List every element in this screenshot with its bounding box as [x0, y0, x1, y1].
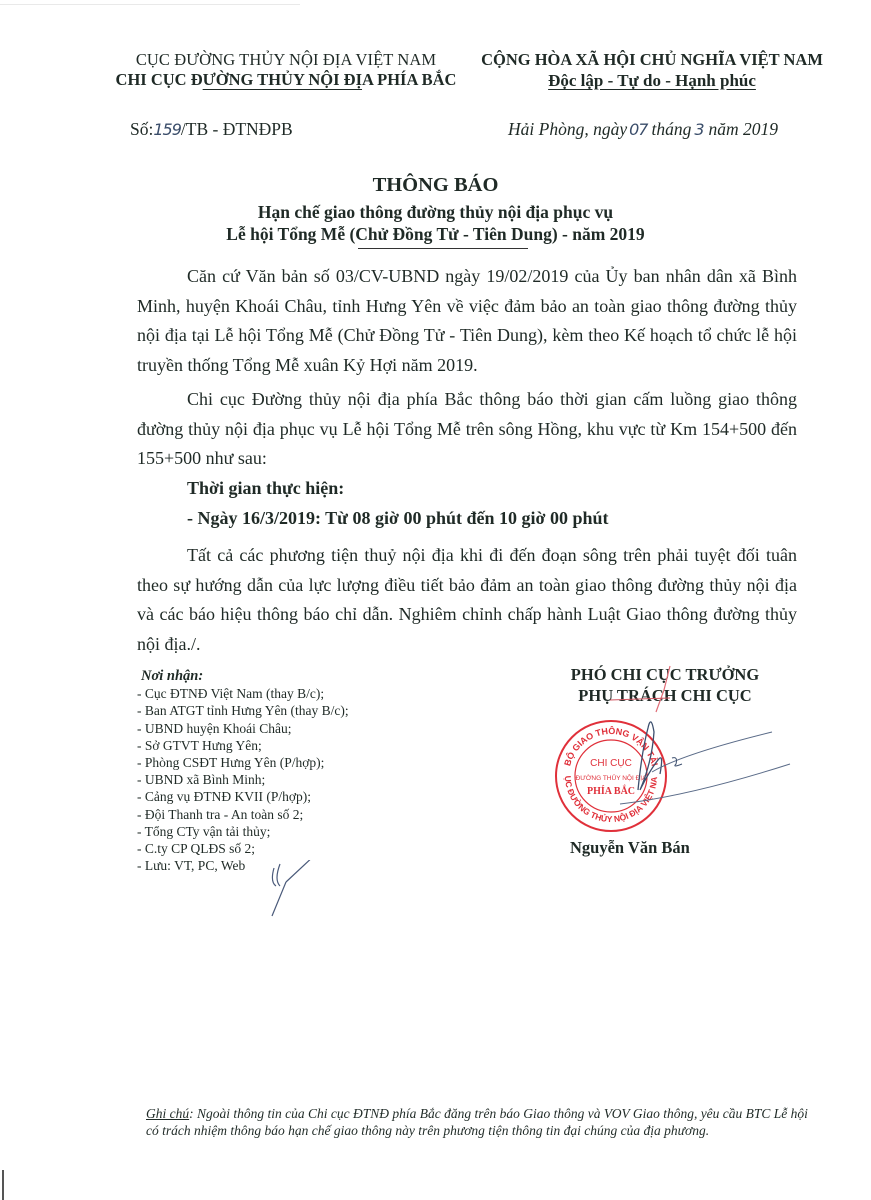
paragraph-legal-basis-text: Căn cứ Văn bản số 03/CV-UBND ngày 19/02/…	[137, 266, 797, 375]
country-name: CỘNG HÒA XÃ HỘI CHỦ NGHĨA VIỆT NAM	[462, 50, 842, 70]
red-ink-mark-icon	[600, 662, 700, 722]
paragraph-legal-basis: Căn cứ Văn bản số 03/CV-UBND ngày 19/02/…	[137, 262, 797, 380]
doc-number-suffix: /TB - ĐTNĐPB	[181, 119, 293, 139]
document-subtitle-line2: Lễ hội Tổng Mễ (Chử Đồng Tử - Tiên Dung)…	[0, 223, 871, 245]
initials-scribble-icon	[262, 860, 332, 920]
footnote-label: Ghi chú	[146, 1106, 189, 1121]
paragraph-announcement-text: Chi cục Đường thủy nội địa phía Bắc thôn…	[137, 389, 797, 468]
recipient-item: - Ban ATGT tỉnh Hưng Yên (thay B/c);	[137, 702, 349, 719]
place-label: Hải Phòng, ngày	[508, 119, 627, 139]
recipient-item: - C.ty CP QLĐS số 2;	[137, 840, 349, 857]
document-title: THÔNG BÁO	[0, 174, 871, 197]
place-date: Hải Phòng, ngày07tháng3năm 2019	[508, 119, 778, 140]
paragraph-compliance-text: Tất cả các phương tiện thuỷ nội địa khi …	[137, 545, 797, 654]
recipient-item: - Đội Thanh tra - An toàn số 2;	[137, 806, 349, 823]
doc-number-handwritten: 159	[153, 120, 181, 139]
recipient-item: - Phòng CSĐT Hưng Yên (P/hợp);	[137, 754, 349, 771]
time-item: - Ngày 16/3/2019: Từ 08 giờ 00 phút đến …	[187, 508, 608, 529]
paragraph-compliance: Tất cả các phương tiện thuỷ nội địa khi …	[137, 541, 797, 659]
document-number: Số:159/TB - ĐTNĐPB	[130, 119, 293, 140]
issuing-agency-block: CỤC ĐƯỜNG THỦY NỘI ĐỊA VIỆT NAM CHI CỤC …	[96, 50, 476, 90]
doc-number-prefix: Số:	[130, 119, 153, 139]
issuing-agency: CHI CỤC ĐƯỜNG THỦY NỘI ĐỊA PHÍA BẮC	[96, 70, 476, 90]
scan-edge-mark	[0, 4, 300, 5]
date-day-handwritten: 07	[629, 120, 647, 139]
national-header-block: CỘNG HÒA XÃ HỘI CHỦ NGHĨA VIỆT NAM Độc l…	[462, 50, 842, 92]
recipient-item: - Cảng vụ ĐTNĐ KVII (P/hợp);	[137, 788, 349, 805]
month-label: tháng	[651, 119, 691, 139]
title-divider	[358, 248, 528, 249]
document-subtitle-line1: Hạn chế giao thông đường thủy nội địa ph…	[0, 201, 871, 223]
recipients-heading: Nơi nhận:	[141, 668, 349, 685]
recipient-item: - UBND huyện Khoái Châu;	[137, 720, 349, 737]
recipient-archive: - Lưu: VT, PC, Web	[137, 858, 245, 873]
year-label: năm 2019	[709, 119, 779, 139]
recipient-item: - Tổng CTy vận tải thủy;	[137, 823, 349, 840]
paragraph-announcement: Chi cục Đường thủy nội địa phía Bắc thôn…	[137, 385, 797, 474]
national-motto: Độc lập - Tự do - Hạnh phúc	[462, 70, 842, 92]
recipient-item: - Cục ĐTNĐ Việt Nam (thay B/c);	[137, 685, 349, 702]
signer-name: Nguyễn Văn Bán	[570, 838, 690, 858]
agency-name-suffix: A PHÍA BẮC	[362, 70, 456, 89]
footnote-text: : Ngoài thông tin của Chi cục ĐTNĐ phía …	[146, 1106, 808, 1138]
agency-name-underlined: ƯỜNG THỦY NỘI ĐỊ	[203, 70, 362, 89]
date-month-handwritten: 3	[694, 120, 703, 139]
parent-agency: CỤC ĐƯỜNG THỦY NỘI ĐỊA VIỆT NAM	[96, 50, 476, 70]
agency-name-prefix: CHI CỤC Đ	[116, 70, 203, 89]
recipient-item: - UBND xã Bình Minh;	[137, 771, 349, 788]
scan-edge-mark	[2, 1170, 4, 1200]
footnote: Ghi chú: Ngoài thông tin của Chi cục ĐTN…	[146, 1105, 816, 1139]
recipient-item: - Sở GTVT Hưng Yên;	[137, 737, 349, 754]
time-heading: Thời gian thực hiện:	[187, 478, 344, 499]
recipients-list: Nơi nhận: - Cục ĐTNĐ Việt Nam (thay B/c)…	[137, 668, 349, 874]
